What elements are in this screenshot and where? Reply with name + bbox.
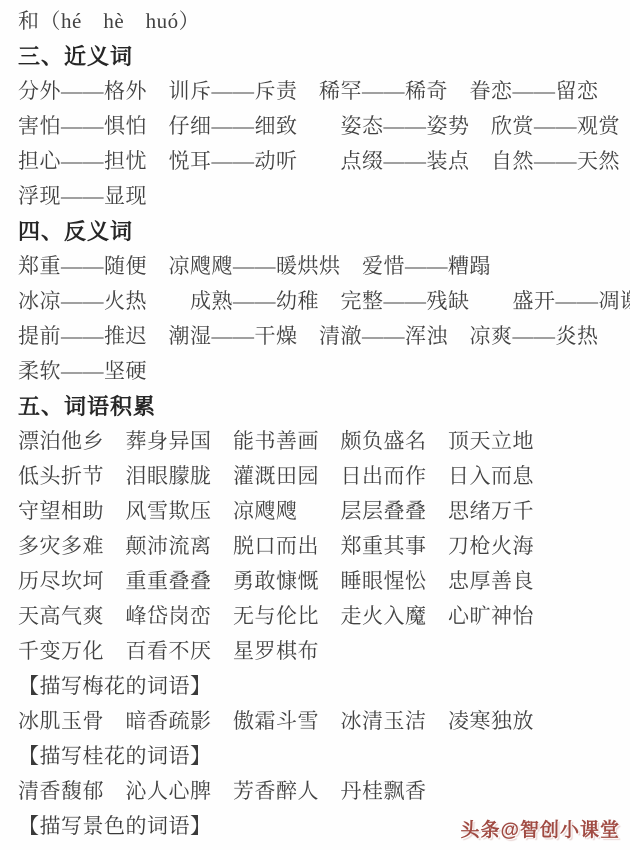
section-heading-word-accumulation: 五、词语积累 — [18, 389, 618, 424]
antonym-line: 郑重——随便 凉飕飕——暖烘烘 爱惜——糟蹋 — [18, 249, 618, 284]
idiom-line: 守望相助 风雪欺压 凉飕飕 层层叠叠 思绪万千 — [18, 494, 618, 529]
subsection-heading-plum-blossom: 【描写梅花的词语】 — [18, 669, 618, 704]
synonym-line: 浮现——显现 — [18, 179, 618, 214]
antonym-line: 柔软——坚硬 — [18, 354, 618, 389]
pinyin-line: 和（hé hè huó） — [18, 4, 618, 39]
idiom-line-plum: 冰肌玉骨 暗香疏影 傲霜斗雪 冰清玉洁 凌寒独放 — [18, 704, 618, 739]
synonym-line: 分外——格外 训斥——斥责 稀罕——稀奇 眷恋——留恋 — [18, 74, 618, 109]
idiom-line: 低头折节 泪眼朦胧 灌溉田园 日出而作 日入而息 — [18, 459, 618, 494]
subsection-heading-osmanthus: 【描写桂花的词语】 — [18, 739, 618, 774]
synonym-line: 担心——担忧 悦耳——动听 点缀——装点 自然——天然 — [18, 144, 618, 179]
antonym-line: 提前——推迟 潮湿——干燥 清澈——浑浊 凉爽——炎热 — [18, 319, 618, 354]
watermark: 头条@智创小课堂 — [460, 815, 620, 842]
section-heading-antonyms: 四、反义词 — [18, 214, 618, 249]
document-page: 和（hé hè huó） 三、近义词 分外——格外 训斥——斥责 稀罕——稀奇 … — [0, 0, 630, 850]
idiom-line: 千变万化 百看不厌 星罗棋布 — [18, 634, 618, 669]
section-heading-synonyms: 三、近义词 — [18, 39, 618, 74]
idiom-line: 多灾多难 颠沛流离 脱口而出 郑重其事 刀枪火海 — [18, 529, 618, 564]
idiom-line: 历尽坎坷 重重叠叠 勇敢慷慨 睡眼惺忪 忠厚善良 — [18, 564, 618, 599]
idiom-line: 漂泊他乡 葬身异国 能书善画 颇负盛名 顶天立地 — [18, 424, 618, 459]
idiom-line: 天高气爽 峰岱岗峦 无与伦比 走火入魔 心旷神怡 — [18, 599, 618, 634]
synonym-line: 害怕——惧怕 仔细——细致 姿态——姿势 欣赏——观赏 — [18, 109, 618, 144]
antonym-line: 冰凉——火热 成熟——幼稚 完整——残缺 盛开——凋谢 — [18, 284, 618, 319]
idiom-line-osmanthus: 清香馥郁 沁人心脾 芳香醉人 丹桂飘香 — [18, 774, 618, 809]
